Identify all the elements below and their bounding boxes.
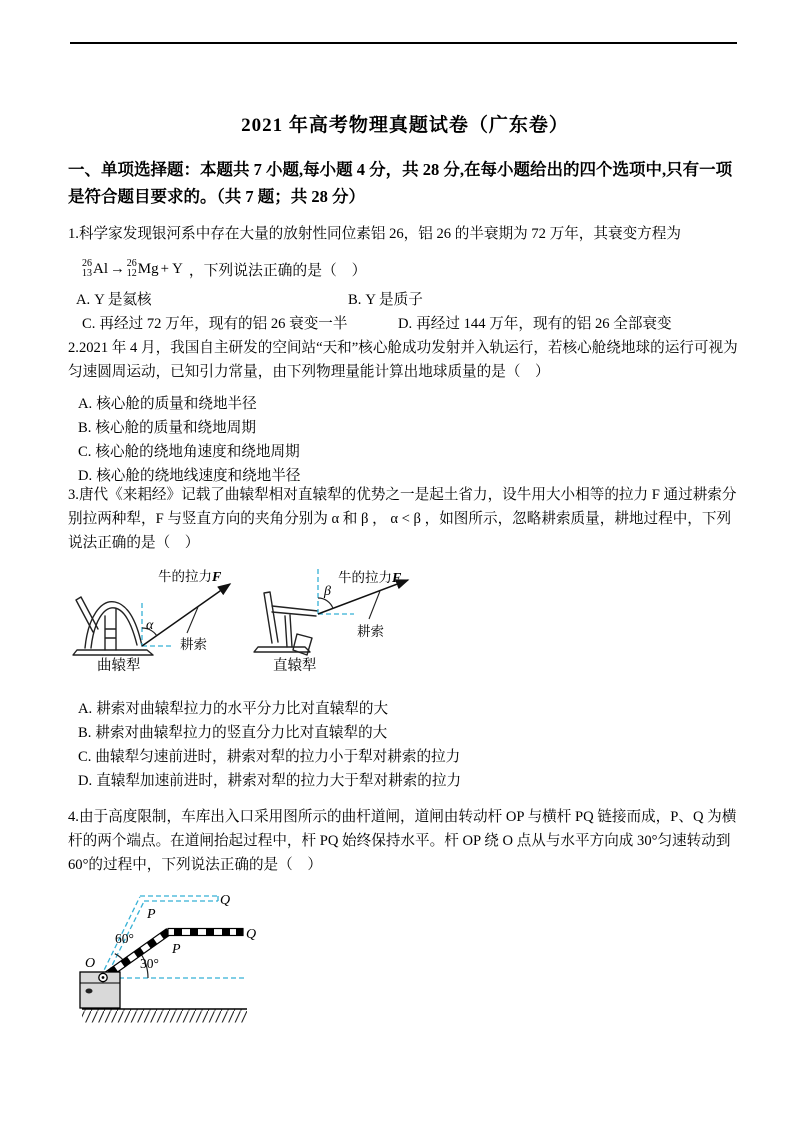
p-raised-label: P xyxy=(146,907,156,922)
question-3-option-d: D.直辕犁加速前进时，耕索对犁的拉力大于犁对耕索的拉力 xyxy=(68,769,742,793)
beta-label: β xyxy=(323,584,331,599)
rope-pointer-right xyxy=(369,591,380,619)
question-1-option-a: A.Y 是氦核 xyxy=(68,292,152,308)
question-2-option-a: A.核心舱的质量和绕地半径 xyxy=(68,392,742,416)
question-1-options-row-1: A.Y 是氦核 B.Y 是质子 xyxy=(68,288,742,312)
question-1-stem: 1.科学家发现银河系中存在大量的放射性同位素铝 26，铝 26 的半衰期为 72… xyxy=(68,222,742,246)
question-4: 4.由于高度限制，车库出入口采用图所示的曲杆道闸，道闸由转动杆 OP 与横杆 P… xyxy=(68,805,742,1037)
alpha-label: α xyxy=(146,618,154,633)
decay-arrow: → xyxy=(110,261,125,278)
rope-label-right: 耕索 xyxy=(357,623,384,639)
question-3-option-c: C.曲辕犁匀速前进时，耕索对犁的拉力小于犁对耕索的拉力 xyxy=(68,745,742,769)
q-solid-label: Q xyxy=(246,927,256,942)
question-3-option-a: A.耕索对曲辕犁拉力的水平分力比对直辕犁的大 xyxy=(68,697,742,721)
force-label-right: 牛的拉力F xyxy=(338,569,402,586)
rod-pq xyxy=(168,929,243,936)
atomic-number: 13 xyxy=(82,269,92,279)
angle-60-label: 60° xyxy=(115,931,134,946)
straight-plow-drawing xyxy=(254,592,318,655)
question-2-stem: 2.2021 年 4 月，我国自主研发的空间站“天和”核心舱成功发射并入轨运行，… xyxy=(68,336,742,384)
beta-angle-arc xyxy=(318,598,333,608)
nuclide-mg: 2612Mg xyxy=(127,259,159,279)
page-title: 2021 年高考物理真题试卷（广东卷） xyxy=(68,110,742,137)
element-symbol: Al xyxy=(93,261,108,278)
support-post xyxy=(80,972,120,1008)
q-raised-label: Q xyxy=(220,893,230,908)
barrier-gate-figure: Q P 60° O P 30° Q xyxy=(78,885,278,1037)
nuclide-al: 2613Al xyxy=(82,259,108,279)
question-2-option-c: C.核心舱的绕地角速度和绕地周期 xyxy=(68,440,742,464)
question-2: 2.2021 年 4 月，我国自主研发的空间站“天和”核心舱成功发射并入轨运行，… xyxy=(68,336,742,488)
straight-plow-caption: 直辕犁 xyxy=(273,656,317,674)
curved-plow-caption: 曲辕犁 xyxy=(97,656,141,674)
curved-plow-drawing xyxy=(73,597,153,655)
p-solid-label: P xyxy=(171,942,181,957)
question-3-options: A.耕索对曲辕犁拉力的水平分力比对直辕犁的大 B.耕索对曲辕犁拉力的竖直分力比对… xyxy=(68,697,742,793)
question-1-option-c: C.再经过 72 万年，现有的铝 26 衰变一半 xyxy=(68,316,348,332)
pivot-label: O xyxy=(85,956,95,971)
equation-suffix: ，下列说法正确的是（ ） xyxy=(189,259,367,280)
question-1-option-d: D.再经过 144 万年，现有的铝 26 全部衰变 xyxy=(398,312,672,336)
question-3: 3.唐代《来耜经》记载了曲辕犁相对直辕犁的优势之一是起土省力，设牛用大小相等的拉… xyxy=(68,483,742,793)
section-heading: 一、单项选择题：本题共 7 小题,每小题 4 分，共 28 分,在每小题给出的四… xyxy=(68,156,742,210)
header-rule xyxy=(70,42,737,44)
exam-page: 2021 年高考物理真题试卷（广东卷） 一、单项选择题：本题共 7 小题,每小题… xyxy=(0,0,793,1122)
question-1-equation: 2613Al → 2612Mg + Y ，下列说法正确的是（ ） xyxy=(82,250,742,288)
question-1-option-b: B.Y 是质子 xyxy=(348,288,423,312)
question-2-option-b: B.核心舱的质量和绕地周期 xyxy=(68,416,742,440)
decay-product: + Y xyxy=(161,261,183,278)
plow-figure: 牛的拉力F α 耕索 曲辕犁 牛的拉 xyxy=(68,559,488,677)
angle-30-label: 30° xyxy=(140,956,159,971)
question-1-options-row-2: C.再经过 72 万年，现有的铝 26 衰变一半 D.再经过 144 万年，现有… xyxy=(68,312,742,336)
question-4-stem: 4.由于高度限制，车库出入口采用图所示的曲杆道闸，道闸由转动杆 OP 与横杆 P… xyxy=(68,805,742,877)
rope-label-left: 耕索 xyxy=(180,636,207,652)
force-label-left: 牛的拉力F xyxy=(158,568,222,585)
question-1: 1.科学家发现银河系中存在大量的放射性同位素铝 26，铝 26 的半衰期为 72… xyxy=(68,222,742,336)
element-symbol: Mg xyxy=(138,261,159,278)
question-2-options: A.核心舱的质量和绕地半径 B.核心舱的质量和绕地周期 C.核心舱的绕地角速度和… xyxy=(68,392,742,488)
ground xyxy=(82,1009,247,1023)
question-3-option-b: B.耕索对曲辕犁拉力的竖直分力比对直辕犁的大 xyxy=(68,721,742,745)
atomic-number: 12 xyxy=(127,269,137,279)
question-3-stem: 3.唐代《来耜经》记载了曲辕犁相对直辕犁的优势之一是起土省力，设牛用大小相等的拉… xyxy=(68,483,742,555)
